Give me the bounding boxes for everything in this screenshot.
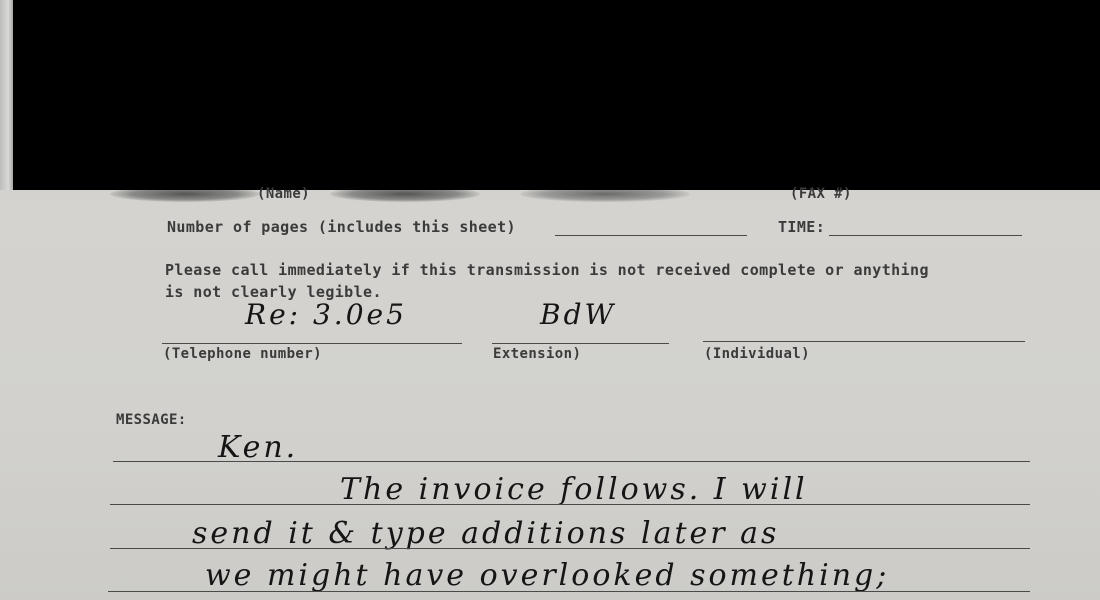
extension-value-handwritten: BdW	[540, 298, 616, 331]
instructions-line-1: Please call immediately if this transmis…	[165, 261, 929, 279]
extension-label: Extension)	[493, 346, 581, 362]
message-rule-3	[110, 548, 1030, 549]
name-label: (Name)	[257, 186, 310, 202]
redaction-bar	[13, 0, 1100, 190]
individual-label: (Individual)	[704, 346, 810, 362]
fax-label: (FAX #)	[790, 186, 852, 202]
message-rule-1	[113, 461, 1030, 462]
message-rule-2	[110, 504, 1030, 505]
page-edge	[0, 0, 14, 190]
time-label: TIME:	[778, 218, 825, 236]
message-label: MESSAGE:	[116, 412, 187, 428]
individual-field-line	[703, 341, 1025, 342]
telephone-label: (Telephone number)	[163, 346, 322, 362]
time-field-line	[829, 235, 1022, 236]
fax-cover-sheet: (Name) (FAX #) Number of pages (includes…	[0, 0, 1100, 600]
message-line-3: send it & type additions later as	[192, 516, 779, 551]
pages-label: Number of pages (includes this sheet)	[167, 218, 516, 236]
telephone-value-handwritten: Re: 3.0e5	[245, 298, 407, 331]
message-line-4: we might have overlooked something;	[205, 558, 889, 593]
message-line-1: Ken.	[218, 430, 298, 465]
pages-field-line	[555, 235, 747, 236]
message-rule-4	[108, 591, 1030, 592]
extension-field-line	[492, 343, 669, 344]
telephone-field-line	[162, 343, 462, 344]
message-line-2: The invoice follows. I will	[340, 472, 808, 507]
